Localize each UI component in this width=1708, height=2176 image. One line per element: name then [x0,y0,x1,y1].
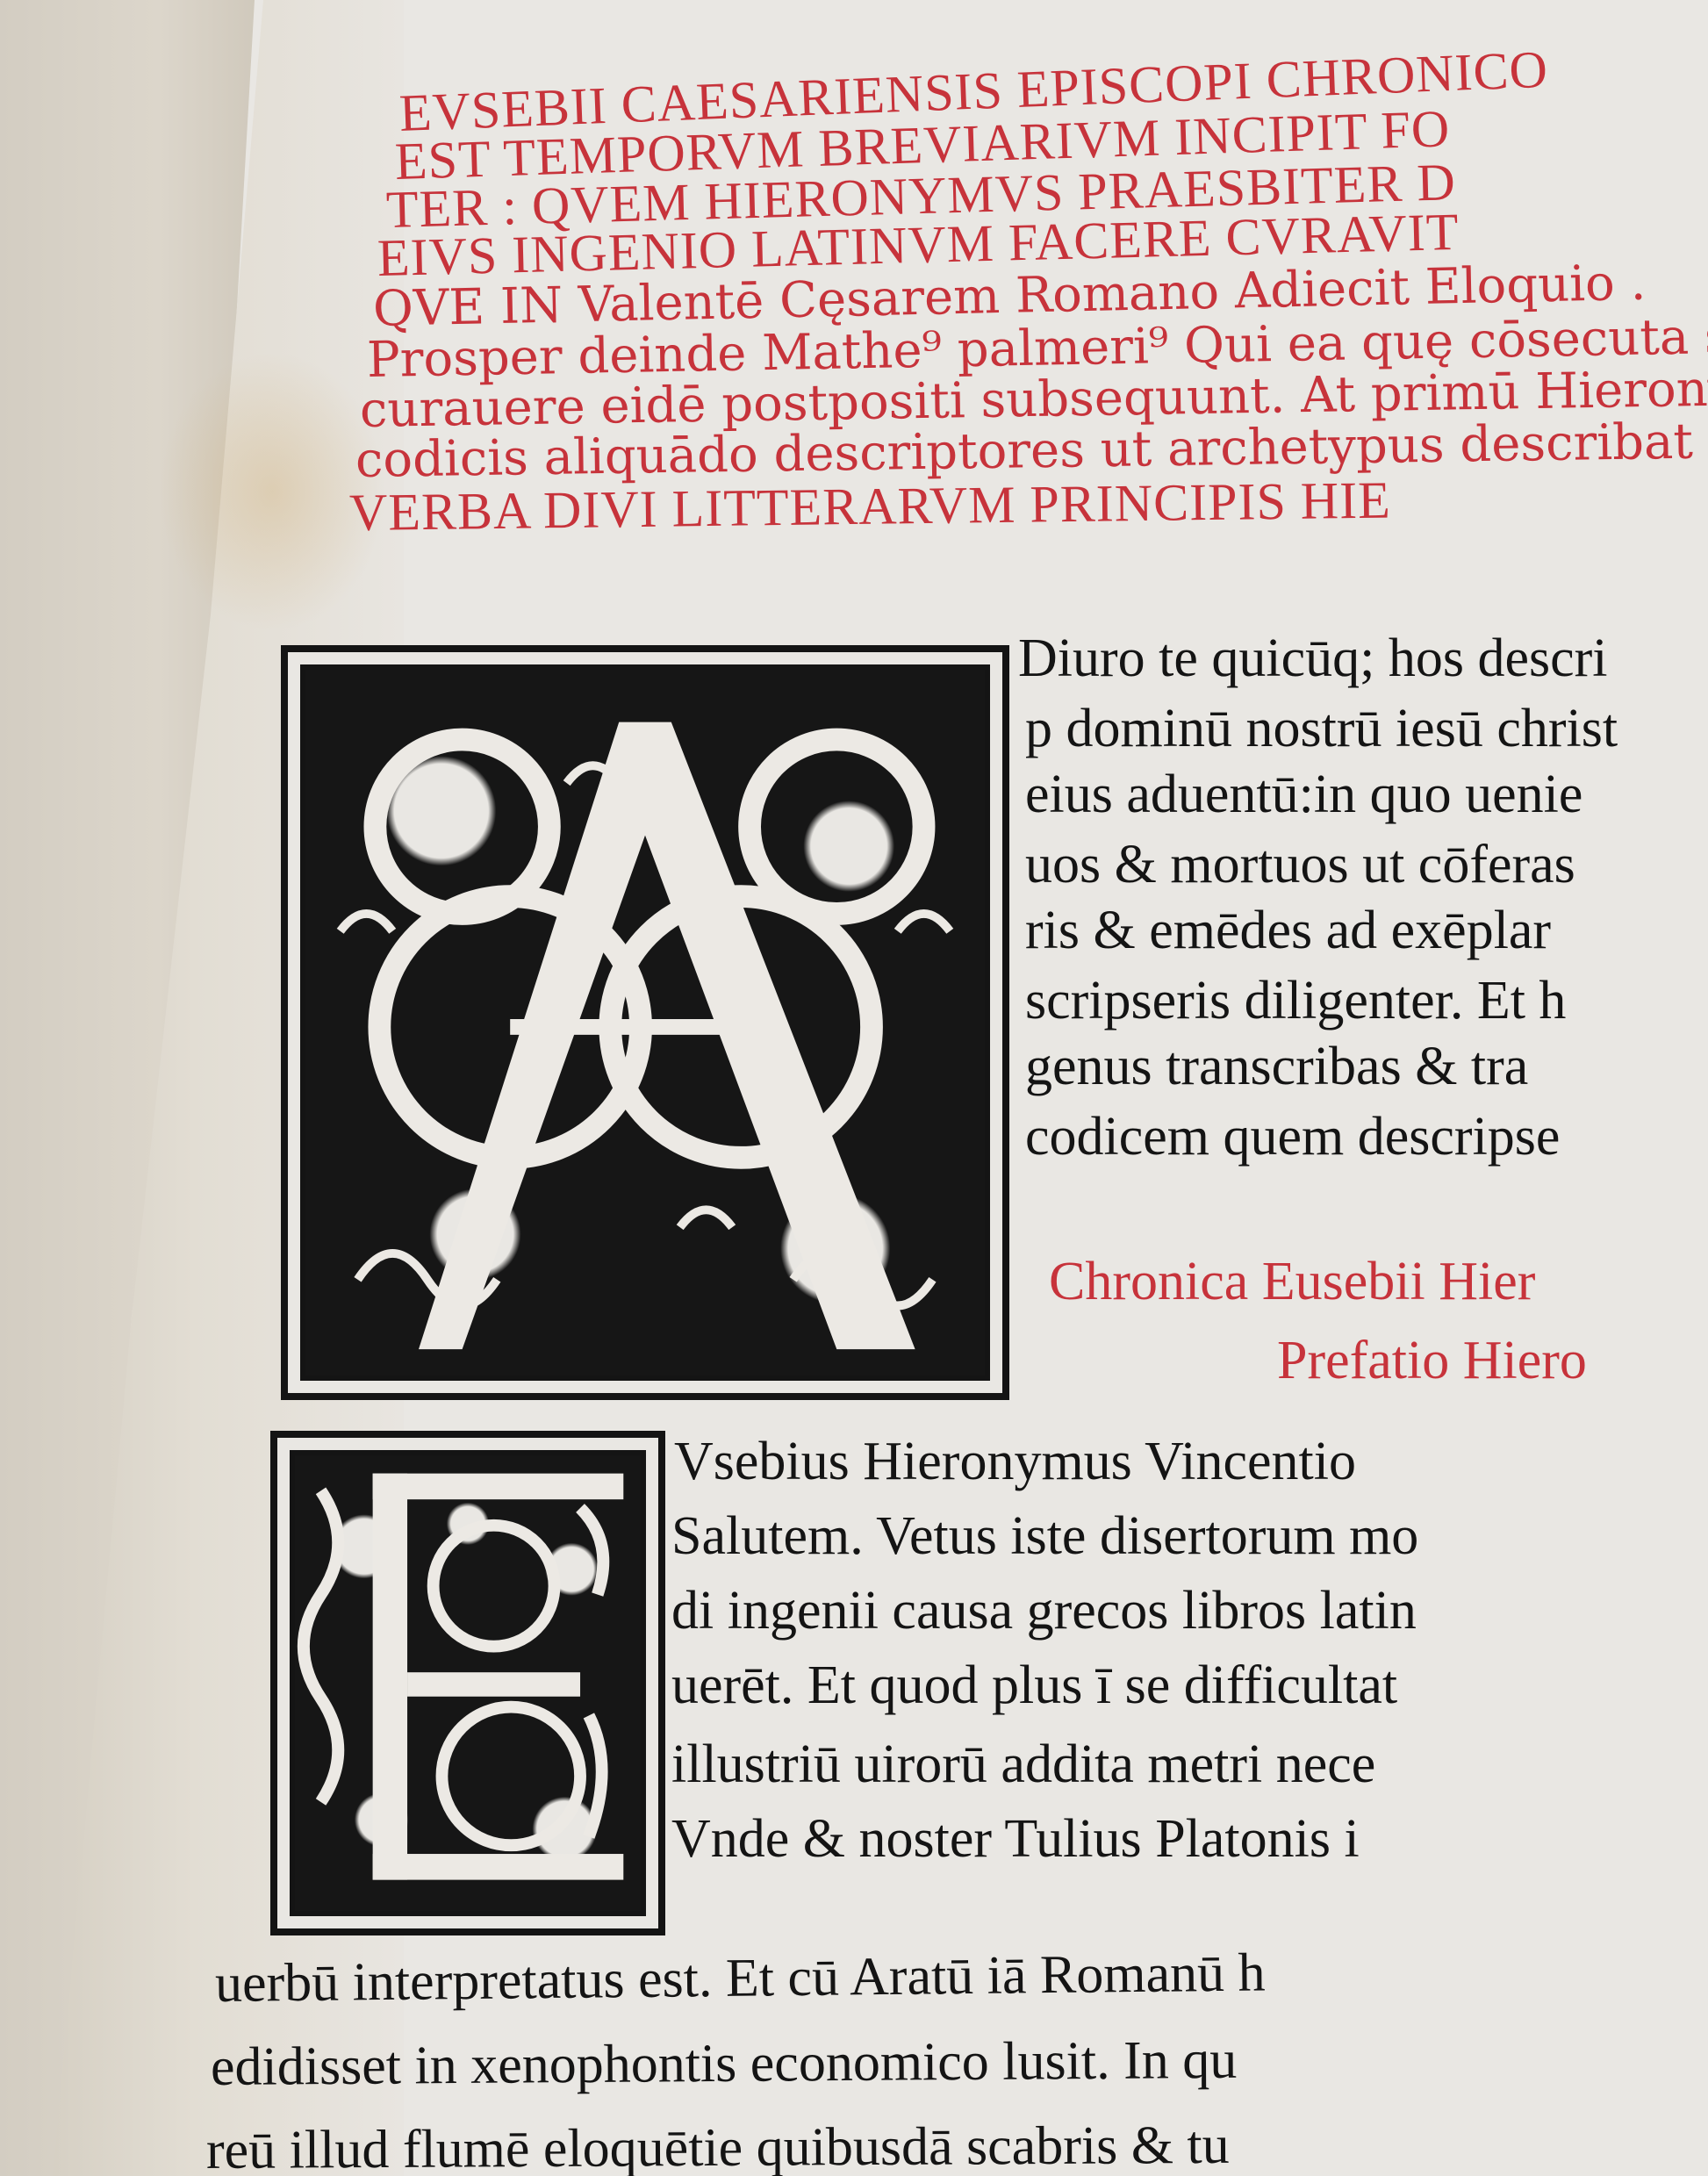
subheading-chronica: Chronica Eusebii Hier [1049,1251,1535,1313]
text-line: Vnde & noster Tulius Platonis i [671,1808,1360,1871]
text-line: uos & mortuos ut cōferas [1025,834,1575,896]
text-line: illustriū uirorū addita metri nece [671,1734,1375,1796]
foliate-e-ornament-icon [295,1455,641,1911]
text-line: di ingenii causa grecos libros latin [671,1580,1417,1642]
decorated-initial-a [281,645,1009,1400]
text-line: scripseris diligenter. Et h [1025,970,1566,1032]
initial-e-foliage-panel [290,1450,646,1916]
text-line: ris & emēdes ad exēplar [1025,900,1551,962]
text-line: edidisset in xenophontis economico lusit… [211,2029,1238,2099]
heading-line: VERBA DIVI LITTERARVM PRINCIPIS HIE [349,470,1392,543]
text-line: Salutem. Vetus iste disertorum mo [671,1505,1418,1568]
text-line: reū illud flumē eloquētie quibusdā scabr… [206,2115,1230,2176]
subheading-prefatio: Prefatio Hiero [1277,1330,1587,1392]
interlace-ornament-icon [305,670,985,1375]
text-line: codicem quem descripse [1025,1106,1560,1168]
text-line: Diuro te quicūq; hos descri [1018,628,1608,690]
text-line: eius aduentū:in quo uenie [1025,764,1582,826]
decorated-initial-e [270,1431,665,1935]
text-line: genus transcribas & tra [1025,1036,1528,1098]
text-line: p dominū nostrū iesū christ [1025,698,1618,760]
text-line: uerēt. Et quod plus ī se difficultat [671,1655,1397,1717]
text-line: Vsebius Hieronymus Vincentio [674,1431,1356,1493]
printed-page: EVSEBII CAESARIENSIS EPISCOPI CHRONICO E… [228,0,1708,2176]
initial-a-foliage-panel [300,664,990,1381]
text-line: uerbū interpretatus est. Et cū Aratū iā … [215,1942,1266,2015]
